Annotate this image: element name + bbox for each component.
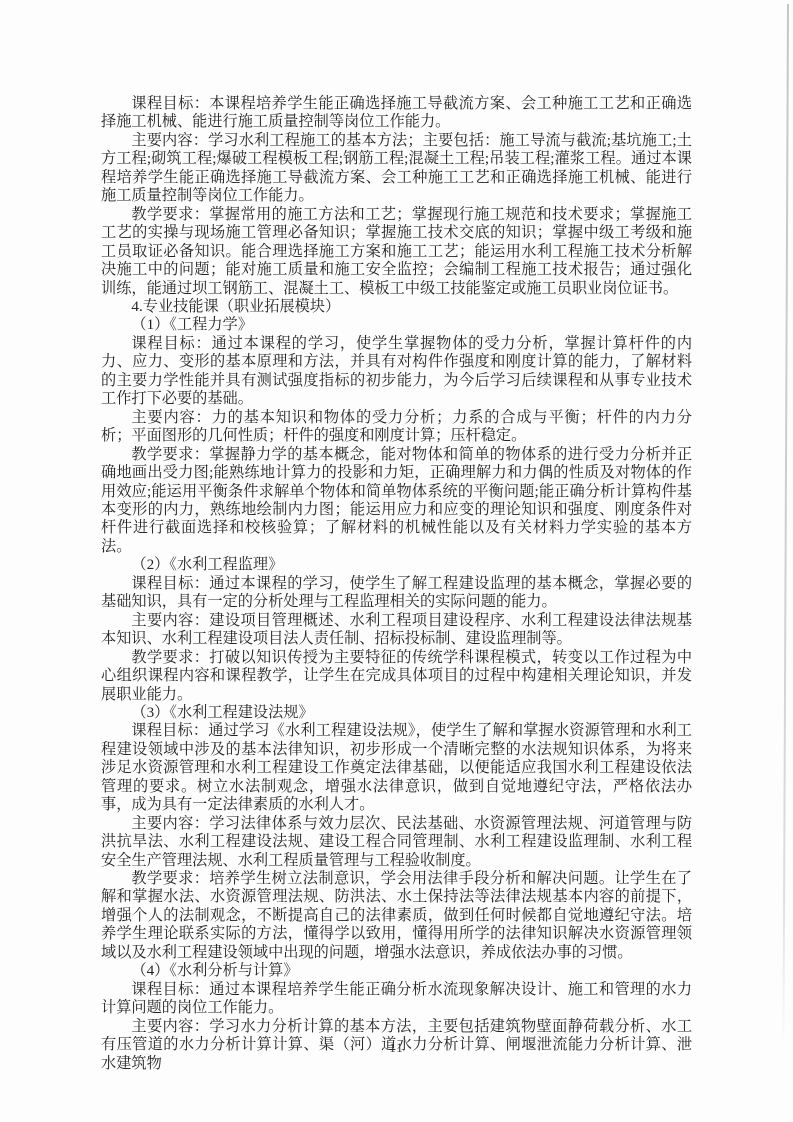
heading-line: （1）《工程力学》 [101,316,692,334]
heading-line: （2）《水利工程监理》 [101,556,692,574]
page-number: 11 [0,1040,793,1056]
body-paragraph: 教学要求：掌握常用的施工方法和工艺；掌握现行施工规范和技术要求；掌握施工工艺的实… [101,206,692,298]
body-paragraph: 教学要求：掌握静力学的基本概念，能对物体和简单的物体系的进行受力分析并正确地画出… [101,446,692,557]
document-page: 课程目标：本课程培养学生能正确选择施工导截流方案、会工种施工工艺和正确选择施工机… [0,0,793,1122]
body-paragraph: 课程目标：通过本课程的学习，使学生掌握物体的受力分析，掌握计算杆件的内力、应力、… [101,335,692,409]
scan-edge-artifact [782,4,789,1049]
body-paragraph: 主要内容：力的基本知识和物体的受力分析；力系的合成与平衡；杆件的内力分析；平面图… [101,409,692,446]
body-paragraph: 课程目标：通过学习《水利工程建设法规》，使学生了解和掌握水资源管理和水利工程建设… [101,722,692,814]
heading-line: （4）《水利分析与计算》 [101,962,692,980]
body-paragraph: 教学要求：打破以知识传授为主要特征的传统学科课程模式，转变以工作过程为中心组织课… [101,649,692,704]
body-paragraph: 主要内容：学习法律体系与效力层次、民法基础、水资源管理法规、河道管理与防洪抗旱法… [101,815,692,870]
body-paragraph: 课程目标：通过本课程培养学生能正确分析水流现象解决设计、施工和管理的水力计算问题… [101,981,692,1018]
body-paragraph: 教学要求：培养学生树立法制意识，学会用法律手段分析和解决问题。让学生在了解和掌握… [101,870,692,962]
body-paragraph: 课程目标：通过本课程的学习，使学生了解工程建设监理的基本概念，掌握必要的基础知识… [101,575,692,612]
heading-line: （3）《水利工程建设法规》 [101,704,692,722]
body-paragraph: 主要内容：学习水利工程施工的基本方法；主要包括：施工导流与截流;基坑施工;土方工… [101,132,692,206]
body-paragraph: 课程目标：本课程培养学生能正确选择施工导截流方案、会工种施工工艺和正确选择施工机… [101,95,692,132]
body-paragraph: 主要内容：建设项目管理概述、水利工程项目建设程序、水利工程建设法律法规基本知识、… [101,612,692,649]
document-body: 课程目标：本课程培养学生能正确选择施工导截流方案、会工种施工工艺和正确选择施工机… [101,95,692,1073]
heading-line: 4.专业技能课（职业拓展模块） [101,298,692,316]
